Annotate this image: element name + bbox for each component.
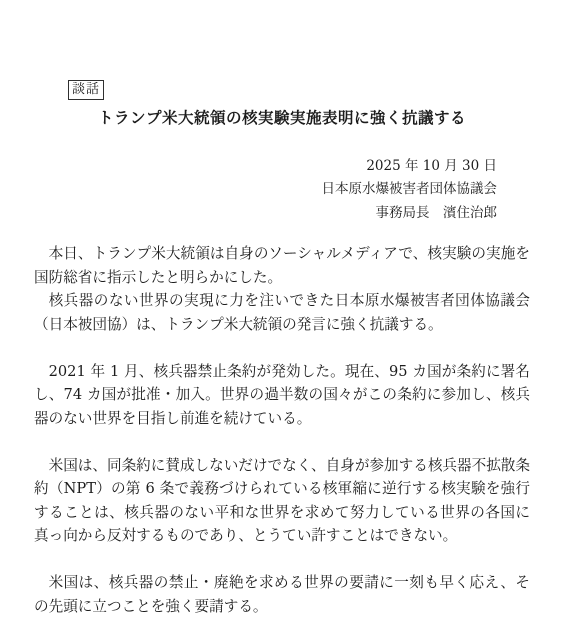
- paragraph-1: 本日、トランプ米大統領は自身のソーシャルメディアで、核実験の実施を国防総省に指示…: [34, 242, 530, 289]
- meta-block: 2025 年 10 月 30 日 日本原水爆被害者団体協議会 事務局長 濱住治郎: [34, 155, 530, 226]
- organization-line: 日本原水爆被害者団体協議会: [34, 178, 497, 202]
- signatory-line: 事務局長 濱住治郎: [34, 202, 497, 226]
- statement-type-badge: 談話: [68, 80, 104, 100]
- paragraph-5: 米国は、核兵器の禁止・廃絶を求める世界の要請に一刻も早く応え、その先頭に立つこと…: [34, 571, 530, 618]
- paragraph-2: 核兵器のない世界の実現に力を注いできた日本原水爆被害者団体協議会（日本被団協）は…: [34, 289, 530, 336]
- paragraph-4: 米国は、同条約に賛成しないだけでなく、自身が参加する核兵器不拡散条約（NPT）の…: [34, 454, 530, 548]
- badge-row: 談話: [34, 78, 530, 99]
- date-line: 2025 年 10 月 30 日: [34, 155, 497, 179]
- document-page: 談話 トランプ米大統領の核実験実施表明に強く抗議する 2025 年 10 月 3…: [0, 0, 567, 633]
- document-body: 本日、トランプ米大統領は自身のソーシャルメディアで、核実験の実施を国防総省に指示…: [34, 242, 530, 618]
- document-title: トランプ米大統領の核実験実施表明に強く抗議する: [34, 106, 530, 130]
- paragraph-3: 2021 年 1 月、核兵器禁止条約が発効した。現在、95 カ国が条約に署名し、…: [34, 360, 530, 431]
